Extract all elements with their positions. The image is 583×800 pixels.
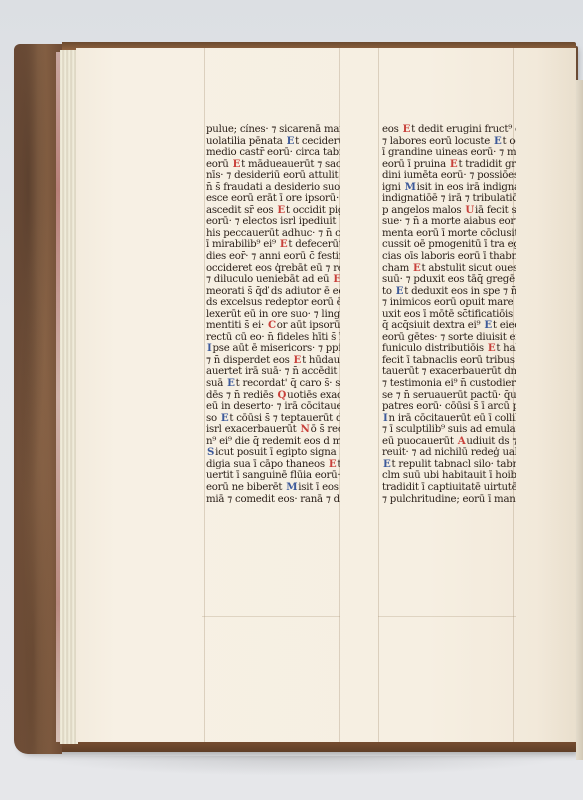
decorated-initial: E: [279, 239, 289, 249]
text-line: menta eorū ī morte cōclusit Et p: [382, 228, 516, 240]
text-line: p angelos malos Uiā fecit semite: [382, 205, 516, 217]
line-text: suū· ⁊ pduxit eos tāq̄ gregē ī desert̄: [382, 274, 516, 285]
text-line: mentiti s̄ ei· Cor aūt ipsorū n̄ erat: [206, 320, 340, 332]
line-text: tradidit ī captiuitatē uirtutē eorū·: [382, 482, 516, 493]
text-line: tradidit ī captiuitatē uirtutē eorū·: [382, 482, 516, 494]
text-line: to Et deduxit eos in spe ⁊ n̄ timuer̄t: [382, 286, 516, 298]
text-line: tauerūt ⁊ exacerbauerūt d̄m excelsū·: [382, 366, 516, 378]
line-text: his peccauerūt adhuc· ⁊ n̄ crediderūt: [206, 228, 340, 239]
text-line: nīs· ⁊ desideriū eorū attulit eis·: [206, 170, 340, 182]
line-text: eū in deserto· ⁊ irā cōcitauerūt eū ī in…: [206, 401, 340, 412]
decorated-initial: M: [285, 482, 298, 492]
line-text: n̄ s̄ fraudati a desiderio suo: [206, 182, 340, 193]
text-line: eū puocauerūt Audiuit d̄s ⁊ sp: [382, 436, 516, 448]
text-line: In irā cōcitauerūt eū ī collib⁹ suis·: [382, 413, 516, 425]
line-text: isit ī eos cino: [298, 482, 340, 493]
line-text: ⁊ n̄ disperdet eos: [206, 355, 293, 366]
text-line: eorū ī pruina Et tradidit grā: [382, 159, 516, 171]
text-line: uertit ī sanguinē flūia eorū· ⁊ ymbres: [206, 470, 340, 482]
line-text: t mādueauerūt ⁊ saciati s̄: [241, 159, 340, 170]
text-line: dini iumēta eorū· ⁊ possiōes eorū: [382, 170, 516, 182]
line-text: mentiti s̄ ei·: [206, 320, 267, 331]
decorated-initial: E: [382, 459, 392, 469]
text-line: ⁊ pulchritudine; eorū ī manus inimi: [382, 494, 516, 506]
line-text: isrl̄ exacerbauerūt: [206, 424, 300, 435]
line-text: fecit ī tabnaclis eorū tribus isrl̄: [382, 355, 516, 366]
line-text: dini iumēta eorū· ⁊ possiōes eorū: [382, 170, 516, 181]
text-line: ⁊ inimicos eorū opuit mare Et ind: [382, 297, 516, 309]
line-text: iā fecit semite: [475, 205, 516, 216]
line-text: uotiēs exacerbauerūt: [287, 390, 340, 401]
text-line: n̄ s̄ fraudati a desiderio suo Adhuc: [206, 182, 340, 194]
text-line: occideret eos q̾rebāt eū ⁊ reuertebāt·: [206, 263, 340, 275]
line-text: n⁹ ei⁹ die q̄ redemit eos d̄ manu tribul…: [206, 436, 340, 447]
text-line: clm suū ubi habitauit ī hoib⁹ Et: [382, 470, 516, 482]
line-text: d̄s excelsus redeptor eorū ē: [206, 297, 340, 308]
line-text: meorati s̄ q̄ď d̄s adiutor ē eorū· et: [206, 286, 340, 297]
text-line: eos Et dedit erugini fruct⁹ eorū·: [382, 124, 516, 136]
text-line: fecit ī tabnaclis eorū tribus isrl̄ Et t…: [382, 355, 516, 367]
line-text: digia sua ī cāpo thaneos: [206, 459, 328, 470]
text-line: ⁊ n̄ disperdet eos Et hūdauit ut: [206, 355, 340, 367]
text-line: rectū cū eo· n̄ fideles hīti s̄ ī testam…: [206, 332, 340, 344]
text-line: eū in deserto· ⁊ irā cōcitauerūt eū ī in…: [206, 401, 340, 413]
text-line: funiculo distributiōis Et habitare: [382, 343, 516, 355]
line-text: dēs ⁊ n̄ rediēs: [206, 390, 277, 401]
text-line: esce eorū erāt ī ore ipsorū· ⁊ ira di: [206, 193, 340, 205]
line-text: t repulit tabnacl̄ silo· tabna: [392, 459, 516, 470]
line-text: n irā cōcitauerūt eū ī collib⁹ suis·: [389, 413, 516, 424]
line-text: t recordat' q̄ caro s̄· sp̄s ua: [236, 378, 340, 389]
decorated-initial: E: [483, 320, 493, 330]
decorated-initial: M: [404, 182, 417, 192]
text-line: cussit oē pmogenitū ī t̾ra egipti· pmi: [382, 239, 516, 251]
line-text: dies eor̄· ⁊ anni eorū c̄ festināc̄: [206, 251, 340, 262]
decorated-initial: E: [276, 205, 286, 215]
line-text: t ceciderūt ī: [295, 136, 340, 147]
text-line: ī mirabilib⁹ ei⁹ Et defecerūt ī uanitate: [206, 239, 340, 251]
line-text: auertet irā suā· ⁊ n̄ accēdit oēm irā: [206, 366, 340, 377]
line-text: igni: [382, 182, 404, 193]
line-text: udiuit d̄s ⁊ sp: [466, 436, 516, 447]
line-text: t tradidit grā: [458, 159, 516, 170]
text-line: q̄ acq̄siuit dextra ei⁹ Et eiecit a fac: [382, 320, 516, 332]
decorated-initial: E: [395, 286, 405, 296]
line-text: eos: [382, 124, 402, 135]
line-text: rectū cū eo· n̄ fideles hīti s̄ ī testam…: [206, 332, 340, 343]
text-line: lexerūt eū in ore suo· ⁊ lingua sua: [206, 309, 340, 321]
line-text: eorū ne biberēt: [206, 482, 285, 493]
text-line: patres eorū· cōūsi s̄ ī arcū prauū: [382, 401, 516, 413]
line-text: eorū· ⁊ electos isrl̄ ipediuit: [206, 216, 339, 227]
line-text: patres eorū· cōūsi s̄ ī arcū prauū: [382, 401, 516, 412]
decorated-initial: E: [226, 378, 236, 388]
line-text: suā: [206, 378, 226, 389]
line-text: eū puocauerūt: [382, 436, 457, 447]
decorated-initial: S: [206, 447, 215, 457]
line-text: cussit oē pmogenitū ī t̾ra egipti· pmi: [382, 239, 516, 250]
line-text: ascedit sr̄ eos: [206, 205, 276, 216]
text-line: ī grandine uineas eorū· ⁊ moros: [382, 147, 516, 159]
decorated-initial: E: [332, 274, 340, 284]
text-line: pulue; cínes· ⁊ sicarenā mai: [206, 124, 340, 136]
decorated-initial: E: [487, 343, 497, 353]
text-line: indignatiōē ⁊ irā ⁊ tribulatiōē· īmissiō…: [382, 193, 516, 205]
right-page-curl: [576, 80, 583, 760]
text-line: igni Misit in eos irā indignatiōis sue·: [382, 182, 516, 194]
text-line: digia sua ī cāpo thaneos Et cō: [206, 459, 340, 471]
line-text: se ⁊ n̄ seruauerūt pactū· q̄uomo: [382, 390, 516, 401]
line-text: occideret eos q̾rebāt eū ⁊ reuertebāt·: [206, 263, 340, 274]
line-text: funiculo distributiōis: [382, 343, 487, 354]
line-text: t dedit erugini fruct⁹ eorū·: [411, 124, 516, 135]
line-text: eorū: [206, 159, 232, 170]
line-text: t cō: [337, 459, 340, 470]
text-line: eorū gētes· ⁊ sorte diuisit eis t̾rā ī: [382, 332, 516, 344]
leather-spine-board: [14, 44, 62, 754]
line-text: t habitare: [496, 343, 516, 354]
text-line: his peccauerūt adhuc· ⁊ n̄ crediderūt: [206, 228, 340, 240]
line-text: icut posuit ī egipto signa sua· ⁊ p: [215, 447, 340, 458]
text-line: ⁊ testimonia ei⁹ n̄ custodierūt Et auter…: [382, 378, 516, 390]
line-text: t deduxit eos in spe ⁊ n̄ timuer̄t: [404, 286, 516, 297]
line-text: eorū ī pruina: [382, 159, 449, 170]
text-column-left: pulue; cínes· ⁊ sicarenā maiuolatilia pē…: [206, 124, 340, 505]
text-line: uolatilia pēnata Et ceciderūt ī: [206, 136, 340, 148]
text-line: eorū Et mādueauerūt ⁊ saciati s̄: [206, 159, 340, 171]
line-text: t occidit: [503, 136, 517, 147]
manuscript-book: pulue; cínes· ⁊ sicarenā maiuolatilia pē…: [14, 40, 582, 756]
text-line: meorati s̄ q̄ď d̄s adiutor ē eorū· et: [206, 286, 340, 298]
line-text: pulue; cínes· ⁊ sicarenā mai: [206, 124, 340, 135]
text-line: ⁊ ī sculptilib⁹ suis ad emulatiōē: [382, 424, 516, 436]
line-text: ⁊ ī sculptilib⁹ suis ad emulatiōē: [382, 424, 516, 435]
text-line: cias oīs laboris eorū ī thabnaclis: [382, 251, 516, 263]
text-line: ascedit sr̄ eos Et occidit pigu̾s: [206, 205, 340, 217]
decorated-initial: I: [339, 216, 340, 226]
line-text: t hūdauit ut: [302, 355, 340, 366]
decorated-initial: E: [220, 413, 230, 423]
line-text: ⁊ labores eorū locuste: [382, 136, 493, 147]
decorated-initial: E: [449, 159, 459, 169]
line-text: cham: [382, 263, 412, 274]
line-text: q̄ acq̄siuit dextra ei⁹: [382, 320, 483, 331]
line-text: ī grandine uineas eorū· ⁊ moros: [382, 147, 516, 158]
ruling-line: [204, 48, 205, 742]
line-text: nīs· ⁊ desideriū eorū attulit eis·: [206, 170, 340, 181]
line-text: p angelos malos: [382, 205, 464, 216]
line-text: so: [206, 413, 220, 424]
decorated-initial: E: [328, 459, 338, 469]
floor-shadow: [30, 756, 570, 776]
text-line: d̄s excelsus redeptor eorū ē Et di: [206, 297, 340, 309]
text-line: medio castr̄ eorū· circa tabnacl̄a: [206, 147, 340, 159]
decorated-initial: C: [267, 320, 277, 330]
decorated-initial: N: [300, 424, 311, 434]
line-text: eorū gētes· ⁊ sorte diuisit eis t̾rā ī: [382, 332, 516, 343]
text-line: eorū ne biberēt Misit ī eos cino: [206, 482, 340, 494]
line-text: medio castr̄ eorū· circa tabnacl̄a: [206, 147, 340, 158]
decorated-initial: E: [286, 136, 296, 146]
line-text: ⁊ inimicos eorū opuit mare: [382, 297, 516, 308]
line-text: t defecerūt ī uanitate: [288, 239, 340, 250]
line-text: t abstulit sicut oues p̄pl̄m: [422, 263, 516, 274]
line-text: sue· ⁊ n̄ a morte aiabus eorū· ⁊ iu: [382, 216, 516, 227]
text-line: Ipse aūt ē misericors· ⁊ ppici⁹ fiet pct…: [206, 343, 340, 355]
text-line: reuit· ⁊ ad nichilū redeg̾ ualde isrl̄: [382, 447, 516, 459]
line-text: clm suū ubi habitauit ī hoib⁹: [382, 470, 516, 481]
line-text: uertit ī sanguinē flūia eorū· ⁊ ymbres: [206, 470, 340, 481]
decorated-initial: E: [232, 159, 242, 169]
line-text: menta eorū ī morte cōclusit: [382, 228, 516, 239]
line-text: ⁊ testimonia ei⁹ n̄ custodierūt: [382, 378, 516, 389]
line-text: ī mirabilib⁹ ei⁹: [206, 239, 279, 250]
text-line: se ⁊ n̄ seruauerūt pactū· q̄uomo: [382, 390, 516, 402]
line-text: ⁊ diluculo ueniebāt ad eū: [206, 274, 332, 285]
text-line: uxit eos ī mōtē sc̄tificatiōis sue· mōtē: [382, 309, 516, 321]
line-text: isit in eos irā indignatiōis sue·: [417, 182, 516, 193]
parchment-page: pulue; cínes· ⁊ sicarenā maiuolatilia pē…: [76, 48, 576, 742]
decorated-initial: Q: [277, 390, 288, 400]
line-text: pse aūt ē misericors· ⁊ ppici⁹ fiet pctī…: [213, 343, 340, 354]
decorated-initial: E: [412, 263, 422, 273]
ruling-line: [378, 616, 516, 617]
text-line: suū· ⁊ pduxit eos tāq̄ gregē ī desert̄: [382, 274, 516, 286]
text-line: eorū· ⁊ electos isrl̄ ipediuit In oib⁹: [206, 216, 340, 228]
text-line: ⁊ labores eorū locuste Et occidit: [382, 136, 516, 148]
line-text: lexerūt eū in ore suo· ⁊ lingua sua: [206, 309, 340, 320]
text-column-right: eos Et dedit erugini fruct⁹ eorū·⁊ labor…: [382, 124, 516, 505]
line-text: cias oīs laboris eorū ī thabnaclis: [382, 251, 516, 262]
text-line: sue· ⁊ n̄ a morte aiabus eorū· ⁊ iu: [382, 216, 516, 228]
decorated-initial: A: [457, 436, 467, 446]
text-line: cham Et abstulit sicut oues p̄pl̄m: [382, 263, 516, 275]
text-line: isrl̄ exacerbauerūt Nō s̄ recordati ma: [206, 424, 340, 436]
text-line: so Et cōūsi s̄ ⁊ teptauerūt d̄m· ⁊ s̄cm: [206, 413, 340, 425]
text-line: ⁊ diluculo ueniebāt ad eū Et re: [206, 274, 340, 286]
text-line: dēs ⁊ n̄ rediēs Quotiēs exacerbauerūt: [206, 390, 340, 402]
line-text: t cōūsi s̄ ⁊ teptauerūt d̄m· ⁊ s̄cm: [229, 413, 340, 424]
decorated-initial: E: [402, 124, 412, 134]
decorated-initial: E: [293, 355, 303, 365]
text-line: Sicut posuit ī egipto signa sua· ⁊ p: [206, 447, 340, 459]
text-line: miā ⁊ comedit eos· ranā ⁊ disperdit: [206, 494, 340, 506]
line-text: indignatiōē ⁊ irā ⁊ tribulatiōē· īmissiō…: [382, 193, 516, 204]
line-text: t occidit pigu̾s: [286, 205, 340, 216]
line-text: uxit eos ī mōtē sc̄tificatiōis sue· mōtē: [382, 309, 516, 320]
ruling-line: [378, 48, 379, 742]
line-text: t eiecit a fac: [493, 320, 516, 331]
text-line: dies eor̄· ⁊ anni eorū c̄ festināc̄ Cū: [206, 251, 340, 263]
line-text: tauerūt ⁊ exacerbauerūt d̄m excelsū·: [382, 366, 516, 377]
text-line: auertet irā suā· ⁊ n̄ accēdit oēm irā: [206, 366, 340, 378]
text-line: suā Et recordat' q̄ caro s̄· sp̄s ua: [206, 378, 340, 390]
text-line: n⁹ ei⁹ die q̄ redemit eos d̄ manu tribul…: [206, 436, 340, 448]
line-text: miā ⁊ comedit eos· ranā ⁊ disperdit: [206, 494, 340, 505]
decorated-initial: E: [493, 136, 503, 146]
line-text: to: [382, 286, 395, 297]
decorated-initial: U: [464, 205, 475, 215]
text-line: Et repulit tabnacl̄ silo· tabna: [382, 459, 516, 471]
line-text: reuit· ⁊ ad nichilū redeg̾ ualde isrl̄: [382, 447, 516, 458]
line-text: ⁊ pulchritudine; eorū ī manus inimi: [382, 494, 516, 505]
line-text: esce eorū erāt ī ore ipsorū· ⁊ ira di: [206, 193, 340, 204]
line-text: ō s̄ recordati ma: [311, 424, 340, 435]
line-text: uolatilia pēnata: [206, 136, 286, 147]
ruling-line: [202, 616, 340, 617]
line-text: or aūt ipsorū n̄ erat: [277, 320, 340, 331]
